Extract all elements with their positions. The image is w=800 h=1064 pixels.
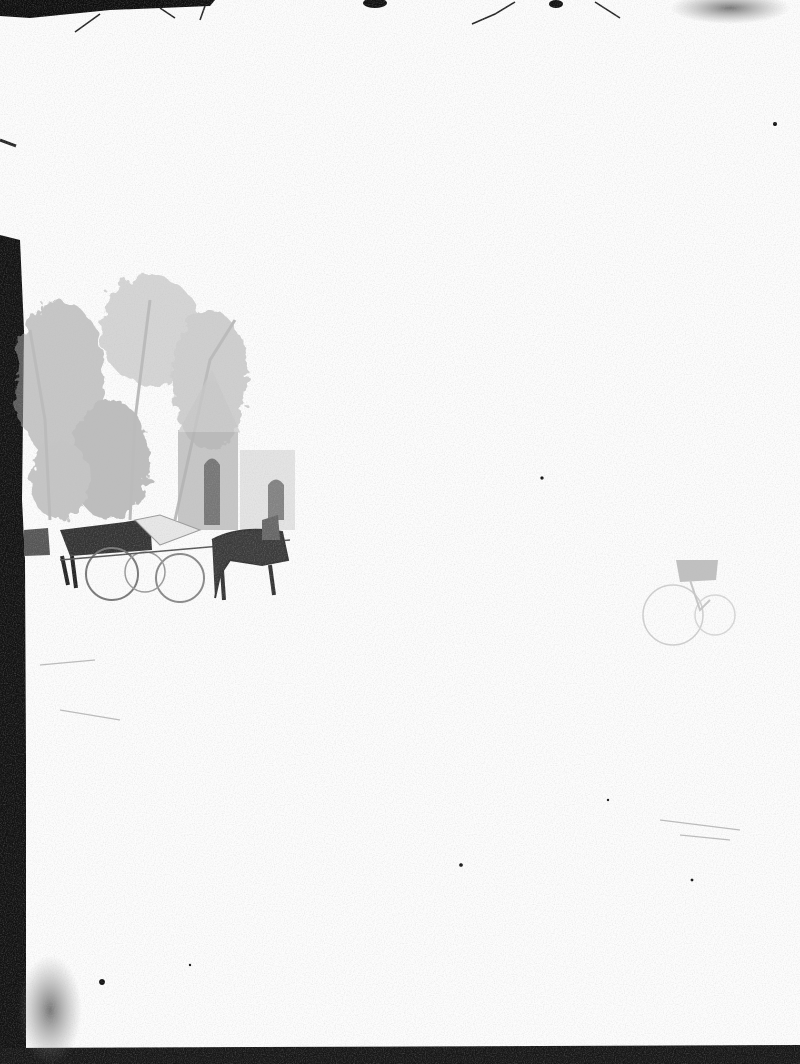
photograph: Overexposed glass-plate negative of a st… (0, 0, 800, 1064)
film-grain (0, 0, 800, 1064)
photo-canvas (0, 0, 800, 1064)
